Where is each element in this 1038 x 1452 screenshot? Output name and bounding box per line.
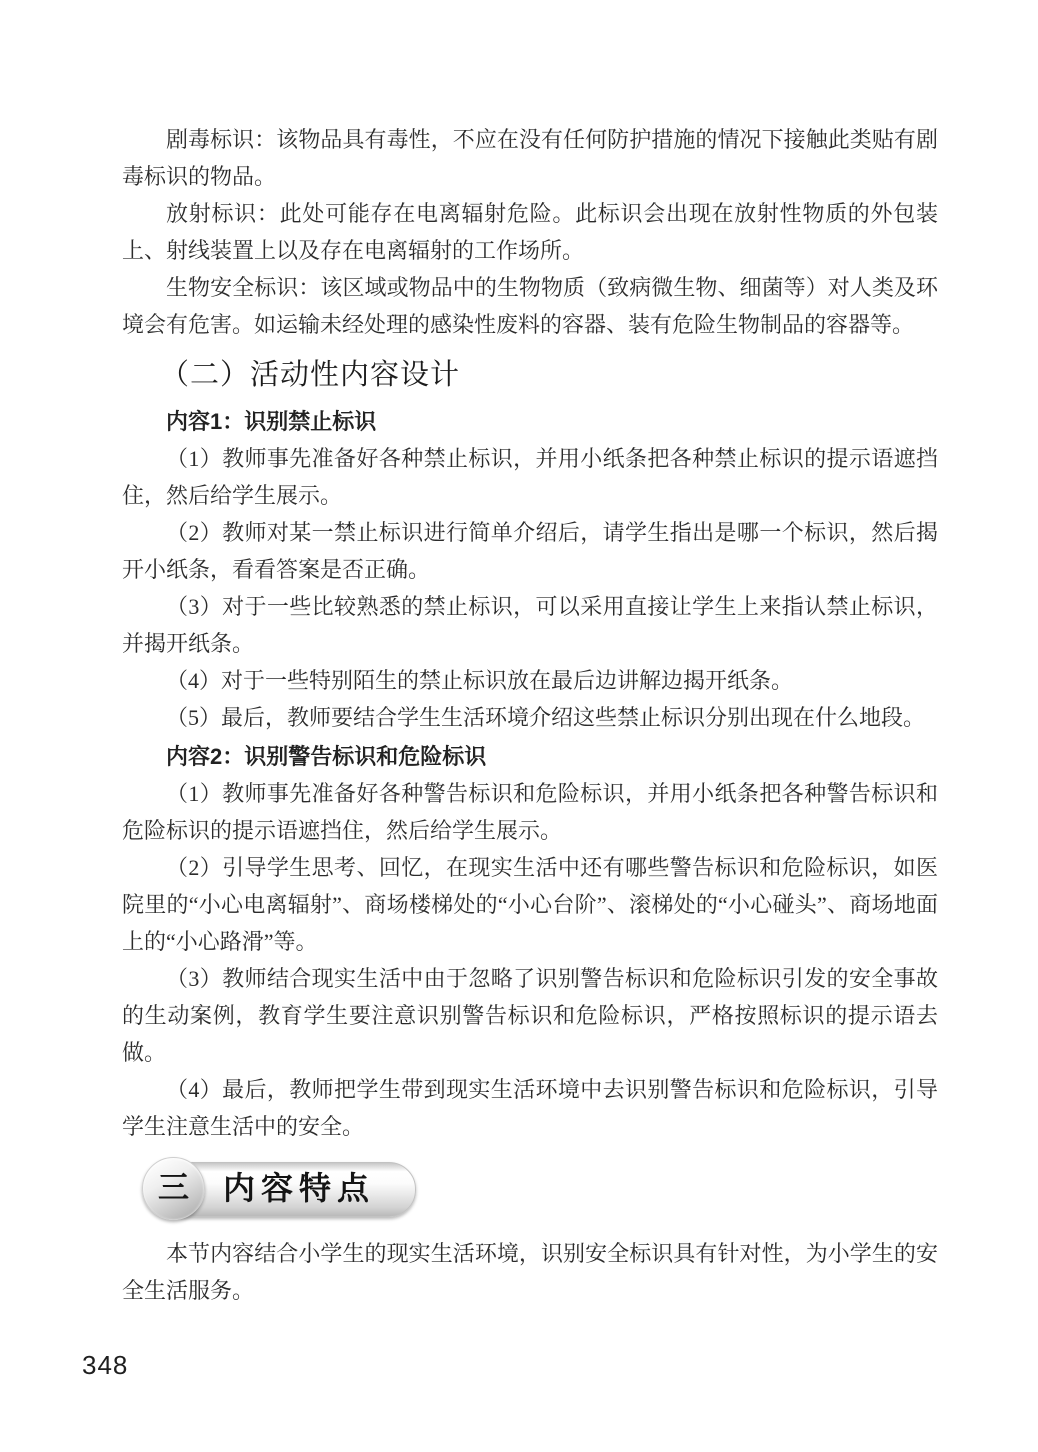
list-item: （2）引导学生思考、回忆，在现实生活中还有哪些警告标识和危险标识，如医院里的“小… — [122, 849, 938, 960]
page-number: 348 — [82, 1350, 128, 1381]
paragraph-poison-sign: 剧毒标识：该物品具有毒性，不应在没有任何防护措施的情况下接触此类贴有剧毒标识的物… — [122, 121, 938, 195]
paragraph-biosafety-sign: 生物安全标识：该区域或物品中的生物物质（致病微生物、细菌等）对人类及环境会有危害… — [122, 269, 938, 343]
paragraph-radiation-sign: 放射标识：此处可能存在电离辐射危险。此标识会出现在放射性物质的外包装上、射线装置… — [122, 195, 938, 269]
section-heading-activity-design: （二）活动性内容设计 — [122, 353, 938, 397]
list-item: （4）对于一些特别陌生的禁止标识放在最后边讲解边揭开纸条。 — [122, 662, 938, 699]
list-item: （3）对于一些比较熟悉的禁止标识，可以采用直接让学生上来指认禁止标识，并揭开纸条… — [122, 588, 938, 662]
subheading-content1: 内容1：识别禁止标识 — [122, 403, 938, 440]
section-title: 内容特点 — [223, 1172, 375, 1207]
section-number: 三 — [158, 1172, 189, 1206]
section-number-circle: 三 — [142, 1157, 205, 1220]
section-badge: 内容特点 三 — [142, 1157, 434, 1221]
list-item: （1）教师事先准备好各种警告标识和危险标识，并用小纸条把各种警告标识和危险标识的… — [122, 775, 938, 849]
page-content: 剧毒标识：该物品具有毒性，不应在没有任何防护措施的情况下接触此类贴有剧毒标识的物… — [122, 121, 938, 1309]
list-item: （5）最后，教师要结合学生生活环境介绍这些禁止标识分别出现在什么地段。 — [122, 699, 938, 736]
document-page: 剧毒标识：该物品具有毒性，不应在没有任何防护措施的情况下接触此类贴有剧毒标识的物… — [0, 0, 1038, 1452]
list-item: （4）最后，教师把学生带到现实生活环境中去识别警告标识和危险标识，引导学生注意生… — [122, 1071, 938, 1145]
paragraph-summary: 本节内容结合小学生的现实生活环境，识别安全标识具有针对性，为小学生的安全生活服务… — [122, 1235, 938, 1309]
list-item: （2）教师对某一禁止标识进行简单介绍后，请学生指出是哪一个标识，然后揭开小纸条，… — [122, 514, 938, 588]
list-item: （1）教师事先准备好各种禁止标识，并用小纸条把各种禁止标识的提示语遮挡住，然后给… — [122, 440, 938, 514]
list-item: （3）教师结合现实生活中由于忽略了识别警告标识和危险标识引发的安全事故的生动案例… — [122, 960, 938, 1071]
subheading-content2: 内容2：识别警告标识和危险标识 — [122, 738, 938, 775]
